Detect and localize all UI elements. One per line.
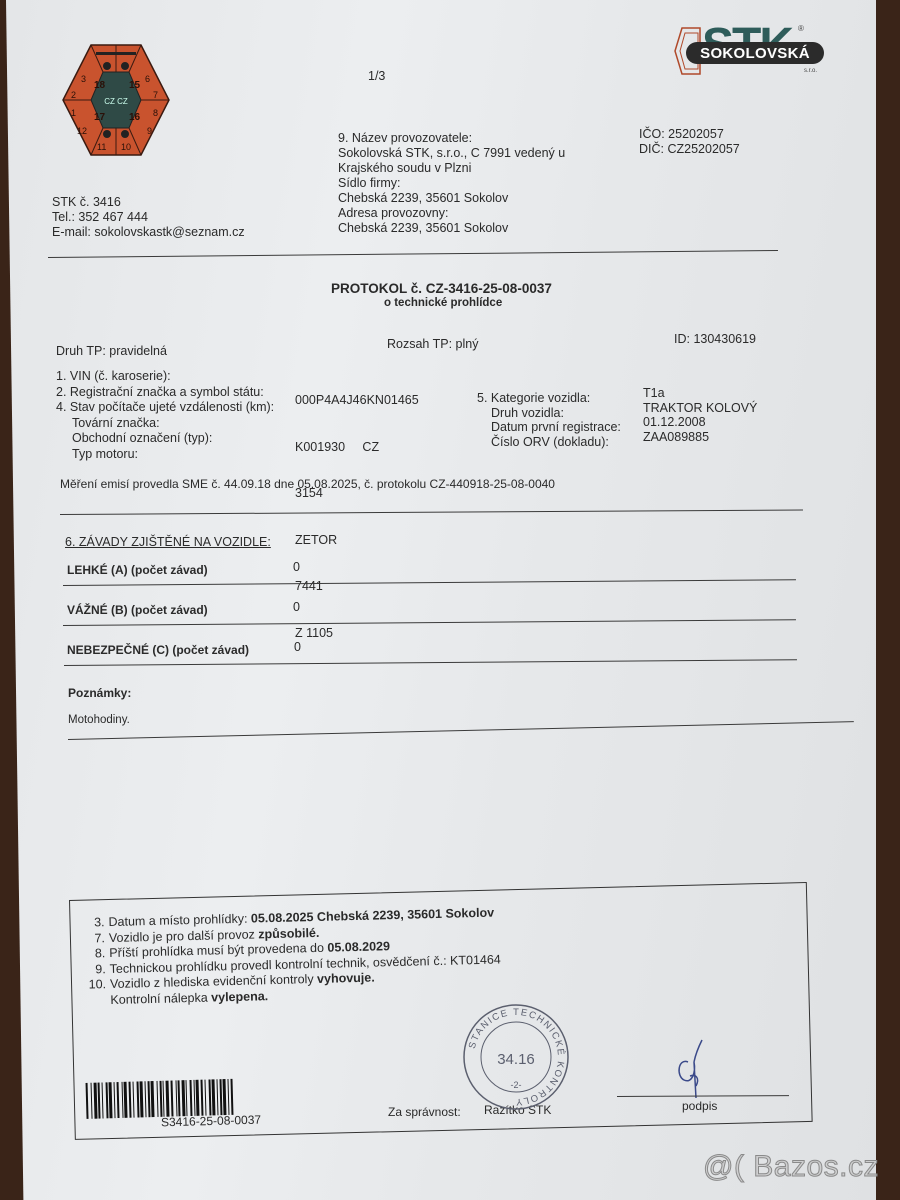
defects-title: 6. ZÁVADY ZJIŠTĚNÉ NA VOZIDLE:: [65, 535, 271, 549]
svg-text:8: 8: [153, 108, 158, 118]
protocol-id: ID: 130430619: [674, 331, 756, 347]
notes-text: Motohodiny.: [68, 712, 130, 728]
operator-label: 9. Název provozovatele:: [338, 131, 565, 146]
station-email: E-mail: sokolovskastk@seznam.cz: [52, 224, 245, 240]
vehicle-labels-right: 5. Kategorie vozidla: Druh vozidla: Datu…: [477, 391, 621, 449]
category-value: T1a: [643, 386, 757, 401]
protocol-title: PROTOKOL č. CZ-3416-25-08-0037: [331, 281, 552, 296]
logo-suffix: s.r.o.: [804, 68, 817, 74]
svg-text:12: 12: [77, 126, 87, 136]
inspection-scope: Rozsah TP: plný: [387, 336, 478, 352]
dic: DIČ: CZ25202057: [639, 141, 740, 157]
summary-lines: 3.Datum a místo prohlídky: 05.08.2025 Ch…: [84, 905, 501, 1008]
signature-icon: [666, 1036, 716, 1100]
svg-text:1: 1: [71, 108, 76, 118]
plate-label: 2. Registrační značka a symbol státu:: [56, 385, 274, 401]
plate-value: K001930 CZ: [295, 440, 419, 456]
defect-major-divider: [63, 619, 796, 626]
logo-band-text: SOKOLOVSKÁ: [686, 45, 824, 62]
za-spravnost-label: Za správnost:: [388, 1104, 461, 1120]
vehicle-labels-left: 1. VIN (č. karoserie): 2. Registrační zn…: [56, 369, 274, 462]
premises-address: Chebská 2239, 35601 Sokolov: [338, 221, 565, 236]
vehicle-values-right: T1a TRAKTOR KOLOVÝ 01.12.2008 ZAA089885: [643, 386, 757, 444]
vin-label: 1. VIN (č. karoserie):: [56, 369, 274, 385]
station-phone: Tel.: 352 467 444: [52, 209, 148, 225]
premises-label: Adresa provozovny:: [338, 206, 565, 221]
notes-divider: [68, 721, 854, 740]
orv-value: ZAA089885: [643, 430, 757, 445]
barcode-text: S3416-25-08-0037: [161, 1112, 261, 1131]
emissions-note: Měření emisí provedla SME č. 44.09.18 dn…: [60, 476, 555, 492]
svg-text:17: 17: [94, 112, 106, 123]
svg-text:11: 11: [97, 142, 106, 152]
svg-text:16: 16: [129, 112, 141, 123]
svg-text:10: 10: [121, 142, 131, 152]
svg-text:6: 6: [145, 74, 150, 84]
notes-label: Poznámky:: [68, 685, 131, 701]
operator-block: 9. Název provozovatele: Sokolovská STK, …: [338, 131, 565, 236]
vehicle-type-value: TRAKTOR KOLOVÝ: [643, 401, 757, 416]
engine-value: Z 1105: [295, 626, 419, 642]
inspection-sticker-icon: CZ CZ 3 2 1 12 11 10 9 8 7 6 18 15 17 16: [61, 40, 171, 160]
model-label: Obchodní označení (typ):: [56, 431, 274, 447]
svg-text:CZ CZ: CZ CZ: [104, 97, 128, 106]
vin-value: 000P4A4J46KN01465: [295, 393, 419, 409]
first-registration-label: Datum první registrace:: [477, 420, 621, 435]
signature-label: podpis: [682, 1098, 717, 1114]
seat-address: Chebská 2239, 35601 Sokolov: [338, 191, 565, 206]
defect-dangerous-divider: [64, 659, 797, 666]
svg-text:7: 7: [153, 90, 158, 100]
defect-dangerous-count: 0: [294, 639, 301, 655]
operator-name-2: Krajského soudu v Plzni: [338, 161, 565, 176]
stk-sokolovska-logo: STK SOKOLOVSKÁ ® s.r.o.: [674, 22, 829, 82]
make-label: Tovární značka:: [56, 416, 274, 432]
defect-major-count: 0: [293, 599, 300, 615]
svg-text:34.16: 34.16: [497, 1051, 535, 1068]
defect-minor-count: 0: [293, 559, 300, 575]
ico: IČO: 25202057: [639, 126, 724, 142]
odometer-label: 4. Stav počítače ujeté vzdálenosti (km):: [56, 400, 274, 416]
registered-mark: ®: [798, 24, 804, 33]
inspection-type: Druh TP: pravidelná: [56, 343, 167, 359]
defect-minor-label: LEHKÉ (A) (počet závad): [67, 562, 208, 578]
svg-text:18: 18: [94, 80, 106, 91]
stk-stamp-icon: STANICE TECHNICKÉ KONTROLY 34.16 -2-: [461, 1002, 571, 1112]
orv-label: Číslo ORV (dokladu):: [477, 435, 621, 450]
document-page: CZ CZ 3 2 1 12 11 10 9 8 7 6 18 15 17 16…: [6, 0, 876, 1200]
first-registration-value: 01.12.2008: [643, 415, 757, 430]
operator-name-1: Sokolovská STK, s.r.o., C 7991 vedený u: [338, 146, 565, 161]
model-value: 7441: [295, 579, 419, 595]
defect-major-label: VÁŽNÉ (B) (počet závad): [67, 602, 208, 618]
svg-text:-2-: -2-: [511, 1080, 522, 1090]
page-indicator: 1/3: [368, 68, 385, 84]
engine-label: Typ motoru:: [56, 447, 274, 463]
svg-text:3: 3: [81, 74, 86, 84]
seat-label: Sídlo firmy:: [338, 176, 565, 191]
protocol-subtitle: o technické prohlídce: [384, 297, 502, 309]
vehicle-type-label: Druh vozidla:: [477, 406, 621, 421]
svg-text:15: 15: [129, 80, 141, 91]
station-number: STK č. 3416: [52, 194, 121, 210]
svg-text:2: 2: [71, 90, 76, 100]
header-divider: [48, 250, 778, 258]
defect-dangerous-label: NEBEZPEČNÉ (C) (počet závad): [67, 642, 249, 658]
vehicle-values-left: 000P4A4J46KN01465 K001930 CZ 3154 ZETOR …: [295, 362, 419, 672]
defect-minor-divider: [63, 579, 796, 586]
svg-text:9: 9: [147, 126, 152, 136]
bazos-watermark: @( Bazos.cz: [703, 1150, 879, 1184]
make-value: ZETOR: [295, 533, 419, 549]
logo-band: SOKOLOVSKÁ: [686, 42, 824, 64]
category-label: 5. Kategorie vozidla:: [477, 391, 621, 406]
emissions-divider: [60, 509, 803, 515]
